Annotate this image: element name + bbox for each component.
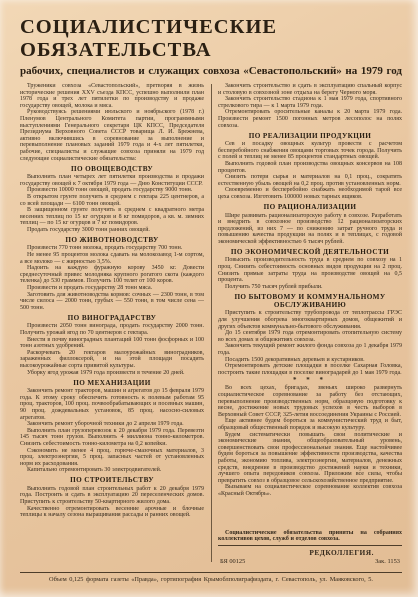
section-heading: ПО РЕАЛИЗАЦИИ ПРОДУКЦИИ: [218, 132, 402, 140]
document-page: СОЦИАЛИСТИЧЕСКИЕ ОБЯЗАТЕЛЬСТВА рабочих, …: [0, 0, 418, 597]
left-column-flow: Труженики совхоза «Севастопольский», пре…: [20, 83, 204, 519]
paragraph: Раскорчевать 20 гектаров малоурожайных в…: [20, 350, 204, 370]
paragraph: Во всех цехах, бригадах, звеньях широко …: [218, 385, 402, 418]
paragraph: Заготовить для животноводства кормов: со…: [20, 292, 204, 312]
paragraph: Произвести 2050 тонн винограда, продать …: [20, 323, 204, 336]
section-heading: ПО СТРОИТЕЛЬСТВУ: [20, 476, 204, 484]
paragraph: Труженики совхоза «Севастопольский», пре…: [20, 83, 204, 109]
paragraph: Закончить ремонт уборочной техники до 2 …: [20, 421, 204, 428]
section-heading: ПО МЕХАНИЗАЦИИ: [20, 379, 204, 387]
paragraph: Выполнить годовой план производства овощ…: [218, 161, 402, 174]
editorial-board-signature: РЕДКОЛЛЕГИЯ.: [218, 548, 402, 557]
paragraph: В открытом грунте получить в среднем с г…: [20, 194, 204, 207]
imprint-row: БЯ 00125 Зак. 1153: [218, 557, 402, 567]
signature-rule: [218, 545, 402, 546]
paragraph: Закончить строительство стадиона к 1 мая…: [218, 96, 402, 109]
paragraph: Сэкономить не менее 4 проц. горюче-смазо…: [20, 448, 204, 468]
paragraph: Посадить 1500 декоративных деревьев и ку…: [218, 357, 402, 364]
print-footer: Объем 0,125 формата газеты «Правда», гор…: [20, 572, 402, 584]
paragraph: Сев и посадку овощных культур провести с…: [218, 141, 402, 161]
paragraph: Будем систематически повышать свои полит…: [218, 432, 402, 485]
paragraph: Выполнить план грузоперевозок к 20 декаб…: [20, 428, 204, 448]
paragraph: Выполнить годовой план строительных рабо…: [20, 486, 204, 506]
section-heading: ПО БЫТОВОМУ И КОММУНАЛЬНОМУ ОБСЛУЖИВАНИЮ: [218, 293, 402, 309]
paragraph: Закончить текущий ремонт жилого фонда со…: [218, 343, 402, 356]
paragraph: Уборку ягод урожая 1979 года произвести …: [20, 370, 204, 377]
signature-block: Социалистические обязательства приняты н…: [218, 530, 402, 567]
paragraph: Произвести и продать государству 28 тонн…: [20, 285, 204, 292]
paragraph: Выполнить план четырех лет пятилетки про…: [20, 174, 204, 187]
right-column: Закончить строительство и сдать в эксплу…: [218, 83, 402, 567]
section-heading: ПО РАЦИОНАЛИЗАЦИИ: [218, 203, 402, 211]
paragraph: Надоить на каждую фуражную корову 3450 к…: [20, 265, 204, 285]
paragraph: Вызываем на социалистическое соревновани…: [218, 484, 402, 497]
paragraph: Произвести 770 тонн молока, продать госу…: [20, 245, 204, 252]
paragraph: Капитально отремонтировать 30 электродви…: [20, 467, 204, 474]
paragraph: Отремонтировать оросительные каналы к 20…: [218, 109, 402, 129]
paragraph: Закончить строительство и сдать в эксплу…: [218, 83, 402, 96]
document-subtitle: рабочих, специалистов и служащих совхоза…: [20, 65, 402, 77]
section-separator: * * *: [218, 377, 402, 384]
paragraph: Своевременно и бесперебойно снабжать нео…: [218, 187, 402, 200]
paragraph: Приступить к строительству трубопровода …: [218, 310, 402, 330]
left-column: Труженики совхоза «Севастопольский», пре…: [20, 83, 204, 567]
section-heading: ПО ВИНОГРАДАРСТВУ: [20, 314, 204, 322]
right-column-flow: Закончить строительство и сдать в эксплу…: [218, 83, 402, 530]
imprint-code: БЯ 00125: [220, 557, 245, 567]
column-divider: [211, 84, 212, 562]
paragraph: Повысить производительность труда в сред…: [218, 257, 402, 283]
two-column-layout: Труженики совхоза «Севастопольский», пре…: [20, 83, 402, 567]
section-heading: ПО ЖИВОТНОВОДСТВУ: [20, 236, 204, 244]
document-title: СОЦИАЛИСТИЧЕСКИЕ ОБЯЗАТЕЛЬСТВА: [20, 16, 402, 62]
section-heading: ПО ОВОЩЕВОДСТВУ: [20, 165, 204, 173]
imprint-order-number: Зак. 1153: [375, 557, 400, 567]
paragraph: Внести в почву виноградных плантаций 100…: [20, 337, 204, 350]
paragraph: Руководствуясь решениями июльского и ноя…: [20, 109, 204, 162]
paragraph: Снизить потери сырья и материалов на 0,1…: [218, 174, 402, 187]
paragraph: Продать государству 3000 тонн ранних ово…: [20, 227, 204, 234]
paragraph: Шире развивать рационализаторскую работу…: [218, 213, 402, 246]
paragraph: Не менее 95 процентов молока сдавать на …: [20, 252, 204, 265]
paragraph: Произвести 10000 тонн овощей, продать го…: [20, 187, 204, 194]
paragraph: В защищенном грунте получить в среднем с…: [20, 207, 204, 227]
section-heading: ПО ЭКОНОМИЧЕСКОЙ ДЕЯТЕЛЬНОСТИ: [218, 248, 402, 256]
paragraph: До 15 сентября 1979 года отремонтировать…: [218, 330, 402, 343]
paragraph: Отремонтировать детские площадки в посел…: [218, 363, 402, 376]
paragraph: Получить 750 тысяч рублей прибыли.: [218, 284, 402, 291]
paragraph: Качественно отремонтировать весенние аро…: [20, 506, 204, 519]
resolution-paragraph: Социалистические обязательства приняты н…: [218, 530, 402, 543]
paragraph: Закончить ремонт тракторов, машин и агре…: [20, 388, 204, 421]
paragraph: Еще активнее будем бороться за коммунист…: [218, 418, 402, 431]
